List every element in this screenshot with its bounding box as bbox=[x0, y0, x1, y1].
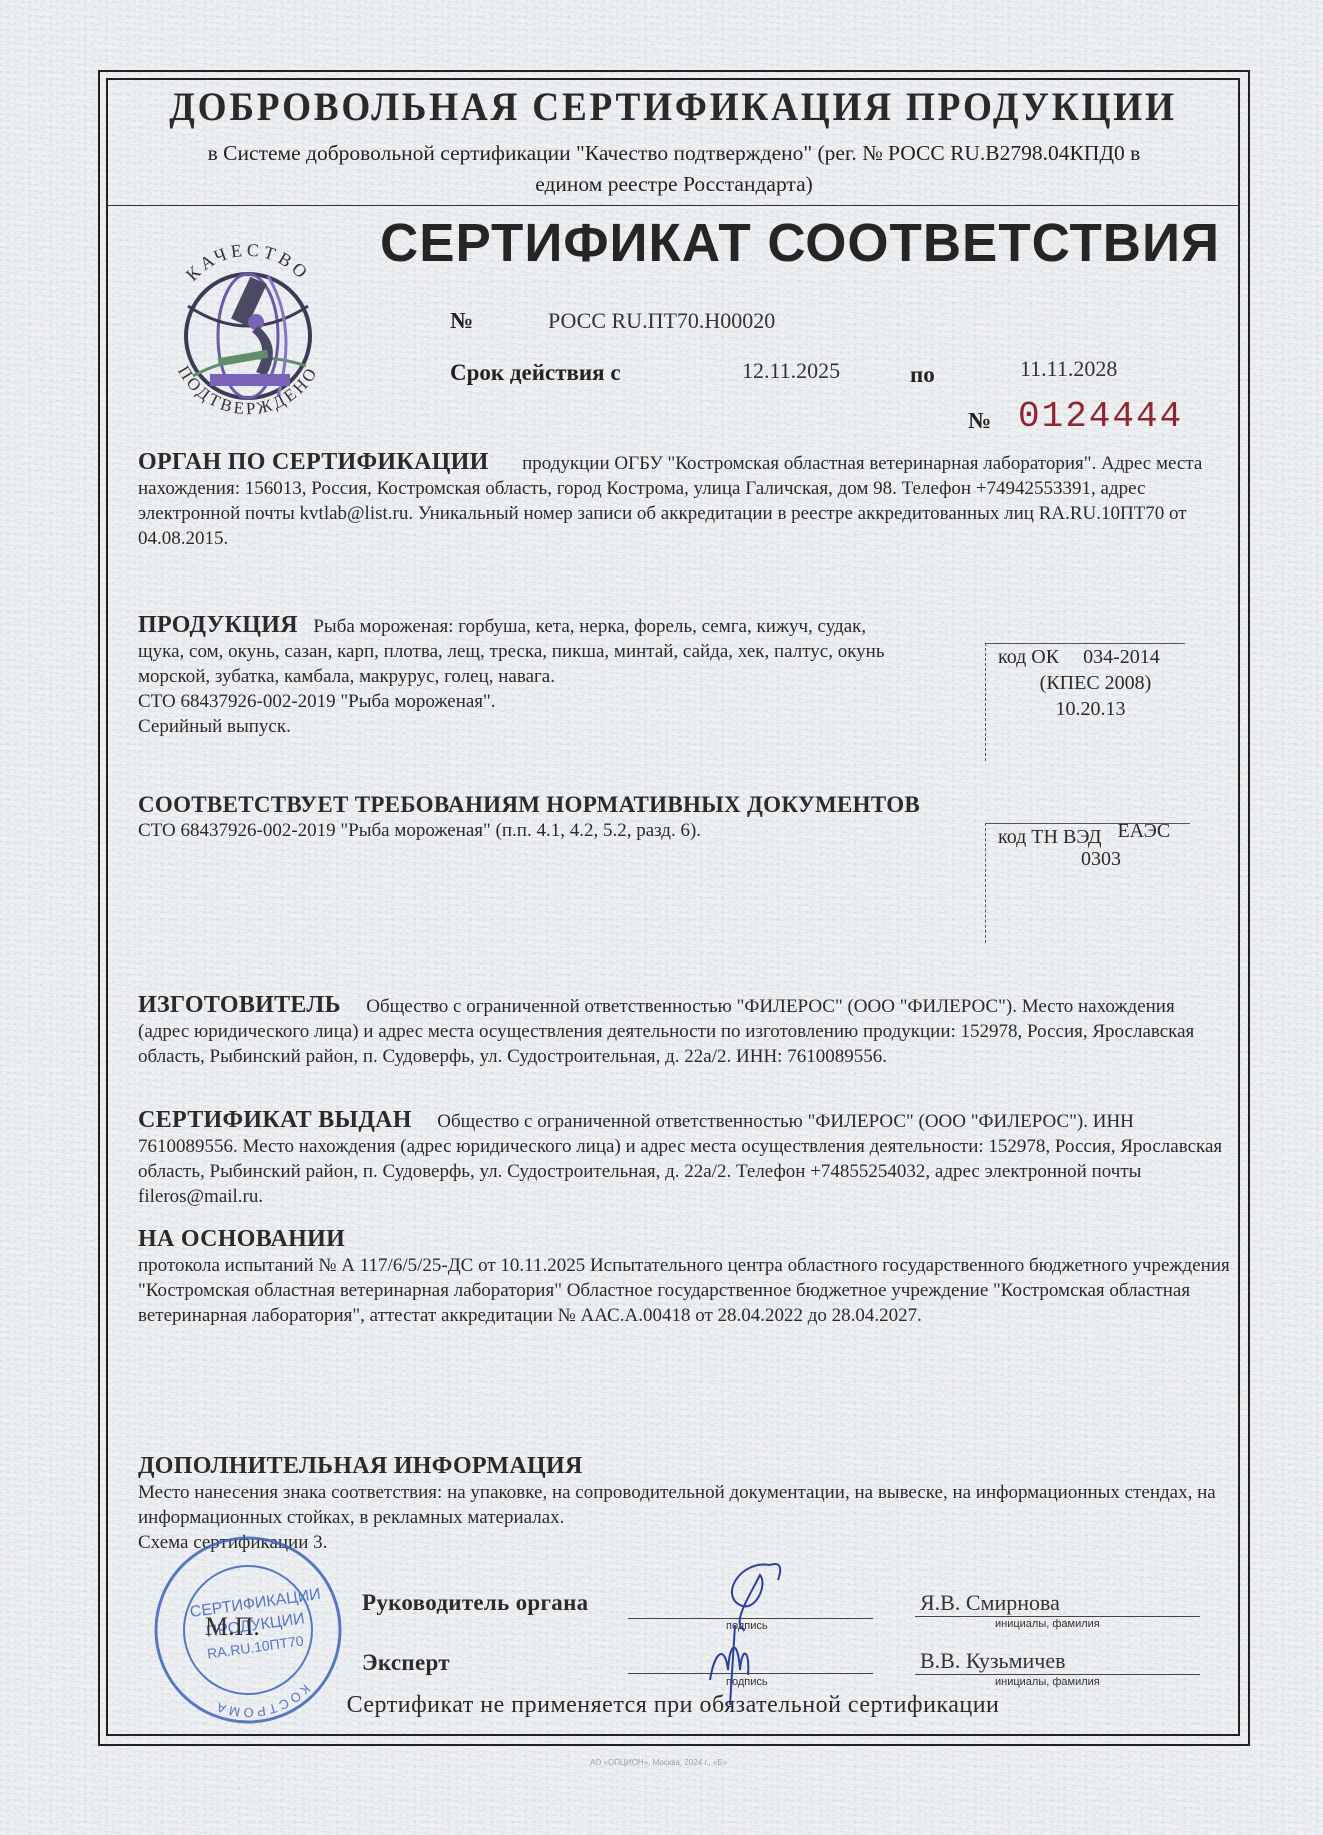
signature-name-expert: В.В. Кузьмичев bbox=[920, 1648, 1066, 1674]
code-tnved-label: код ТН ВЭД bbox=[998, 826, 1101, 848]
blank-number-label: № bbox=[968, 408, 991, 434]
code-ok-standard: 034-2014 bbox=[1083, 646, 1160, 668]
certificate-number: РОСС RU.ПТ70.Н00020 bbox=[548, 308, 775, 334]
code-tnved-box: код ТН ВЭД ЕАЭС 0303 bbox=[985, 823, 1190, 943]
valid-from: 12.11.2025 bbox=[742, 358, 840, 384]
name-caption-head: инициалы, фамилия bbox=[995, 1618, 1100, 1630]
header-subtitle-line2: едином реестре Росстандарта) bbox=[108, 169, 1240, 200]
issued-to-section: СЕРТИФИКАТ ВЫДАН Общество с ограниченной… bbox=[138, 1108, 1238, 1209]
valid-to: 11.11.2028 bbox=[1020, 356, 1117, 382]
certificate-title: СЕРТИФИКАТ СООТВЕТСТВИЯ bbox=[380, 212, 1220, 274]
product-standard: СТО 68437926-002-2019 "Рыба мороженая". bbox=[138, 689, 978, 714]
valid-to-label: по bbox=[910, 362, 935, 388]
code-ok-box: код ОК 034-2014 (КПЕС 2008) 10.20.13 bbox=[985, 643, 1185, 761]
signature-name-head: Я.В. Смирнова bbox=[920, 1590, 1060, 1616]
conformity-label: СООТВЕТСТВУЕТ ТРЕБОВАНИЯМ НОРМАТИВНЫХ ДО… bbox=[138, 792, 978, 818]
manufacturer-line1: Общество с ограниченной ответственностью… bbox=[366, 996, 1073, 1017]
quality-confirmed-logo-icon: КАЧЕСТВО ПОДТВЕРЖДЕНО bbox=[148, 226, 348, 426]
basis-label: НА ОСНОВАНИИ bbox=[138, 1226, 1238, 1253]
printer-imprint: АО «ОПЦИОН», Москва, 2024 г., «Б» bbox=[590, 1758, 727, 1767]
product-line-3: морской, зубатка, камбала, макрурус, гол… bbox=[138, 664, 978, 689]
blank-number: 0124444 bbox=[1018, 396, 1183, 437]
basis-section: НА ОСНОВАНИИ протокола испытаний № А 117… bbox=[138, 1226, 1238, 1328]
product-line-2: щука, сом, окунь, сазан, карп, плотва, л… bbox=[138, 639, 978, 664]
svg-text:КАЧЕСТВО: КАЧЕСТВО bbox=[182, 240, 314, 285]
issued-to-label: СЕРТИФИКАТ ВЫДАН bbox=[138, 1107, 412, 1133]
product-section: ПРОДУКЦИЯ Рыба мороженая: горбуша, кета,… bbox=[138, 613, 978, 739]
conformity-text: СТО 68437926-002-2019 "Рыба мороженая" (… bbox=[138, 818, 978, 843]
code-ok-value: 10.20.13 bbox=[986, 696, 1185, 722]
code-ok-classifier: (КПЕС 2008) bbox=[986, 670, 1185, 696]
code-tnved-suffix: ЕАЭС bbox=[1117, 820, 1170, 842]
additional-label: ДОПОЛНИТЕЛЬНАЯ ИНФОРМАЦИЯ bbox=[138, 1453, 1238, 1480]
logo-text-top: КАЧЕСТВО bbox=[182, 240, 314, 285]
product-release-type: Серийный выпуск. bbox=[138, 714, 978, 739]
validity-label: Срок действия с bbox=[450, 360, 621, 386]
issued-to-line1: Общество с ограниченной ответственностью… bbox=[437, 1111, 1134, 1132]
product-line-1: Рыба мороженая: горбуша, кета, нерка, фо… bbox=[313, 616, 866, 637]
certification-body-line1: продукции ОГБУ "Костромская областная ве… bbox=[522, 453, 1096, 474]
manufacturer-section: ИЗГОТОВИТЕЛЬ Общество с ограниченной отв… bbox=[138, 993, 1228, 1069]
signature-role-head: Руководитель органа bbox=[362, 1590, 588, 1616]
certification-body-label: ОРГАН ПО СЕРТИФИКАЦИИ bbox=[138, 449, 489, 475]
seal-label: М.П. bbox=[205, 1612, 260, 1642]
header-subtitle: в Системе добровольной сертификации "Кач… bbox=[108, 138, 1240, 200]
additional-text: Место нанесения знака соответствия: на у… bbox=[138, 1480, 1238, 1530]
header-divider bbox=[106, 205, 1240, 206]
product-label: ПРОДУКЦИЯ bbox=[138, 612, 298, 638]
name-line-head bbox=[915, 1616, 1200, 1617]
certification-body-section: ОРГАН ПО СЕРТИФИКАЦИИ продукции ОГБУ "Ко… bbox=[138, 450, 1223, 551]
conformity-section: СООТВЕТСТВУЕТ ТРЕБОВАНИЯМ НОРМАТИВНЫХ ДО… bbox=[138, 792, 978, 843]
certificate-number-label: № bbox=[450, 308, 473, 334]
manufacturer-label: ИЗГОТОВИТЕЛЬ bbox=[138, 992, 341, 1018]
name-caption-expert: инициалы, фамилия bbox=[995, 1676, 1100, 1688]
footer-note: Сертификат не применяется при обязательн… bbox=[106, 1692, 1240, 1719]
code-ok-label: код ОК bbox=[998, 646, 1059, 668]
basis-text: протокола испытаний № А 117/6/5/25-ДС от… bbox=[138, 1253, 1238, 1328]
header-subtitle-line1: в Системе добровольной сертификации "Кач… bbox=[108, 138, 1240, 169]
issued-to-details: 7610089556. Место нахождения (адрес юрид… bbox=[138, 1136, 1222, 1207]
header-title: ДОБРОВОЛЬНАЯ СЕРТИФИКАЦИЯ ПРОДУКЦИИ bbox=[146, 83, 1201, 130]
name-line-expert bbox=[915, 1674, 1200, 1675]
signature-role-expert: Эксперт bbox=[362, 1650, 450, 1676]
